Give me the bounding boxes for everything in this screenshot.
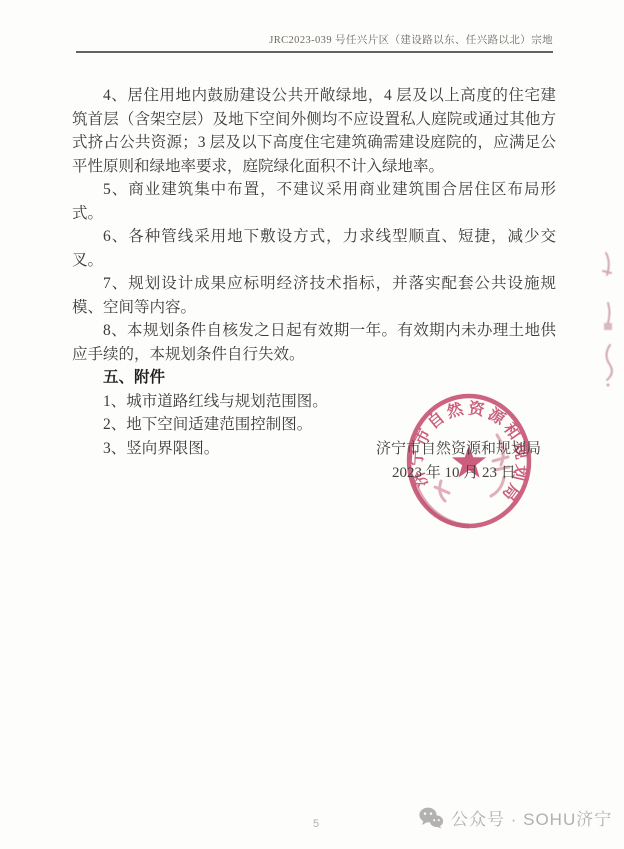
footer-brand: 公众号 · SOHU济宁: [419, 805, 612, 830]
clause-8: 8、本规划条件自核发之日起有效期一年。有效期内未办理土地供应手续的，本规划条件自…: [72, 319, 556, 366]
page-number: 5: [306, 818, 326, 830]
clause-5: 5、商业建筑集中布置，不建议采用商业建筑围合居住区布局形式。: [72, 178, 556, 225]
clause-4: 4、居住用地内鼓励建设公共开敞绿地，4 层及以上高度的住宅建筑首层（含架空层）及…: [72, 84, 556, 178]
clause-6: 6、各种管线采用地下敷设方式，力求线型顺直、短捷，减少交叉。: [72, 225, 556, 272]
footer-brand-label: 公众号 · SOHU济宁: [451, 805, 612, 830]
document-page: JRC2023-039 号任兴片区（建设路以东、任兴路以北）宗地 4、居住用地内…: [0, 0, 624, 849]
header-rule: [76, 51, 553, 53]
page-bleed-marks: [592, 245, 624, 390]
header-reference: JRC2023-039 号任兴片区（建设路以东、任兴路以北）宗地: [0, 32, 553, 47]
wechat-icon: [419, 807, 444, 829]
clause-7: 7、规划设计成果应标明经济技术指标，并落实配套公共设施规模、空间等内容。: [72, 272, 556, 319]
signature-agency: 济宁市自然资源和规划局: [376, 437, 541, 458]
signature-date: 2023 年 10 月 23 日: [392, 461, 516, 482]
